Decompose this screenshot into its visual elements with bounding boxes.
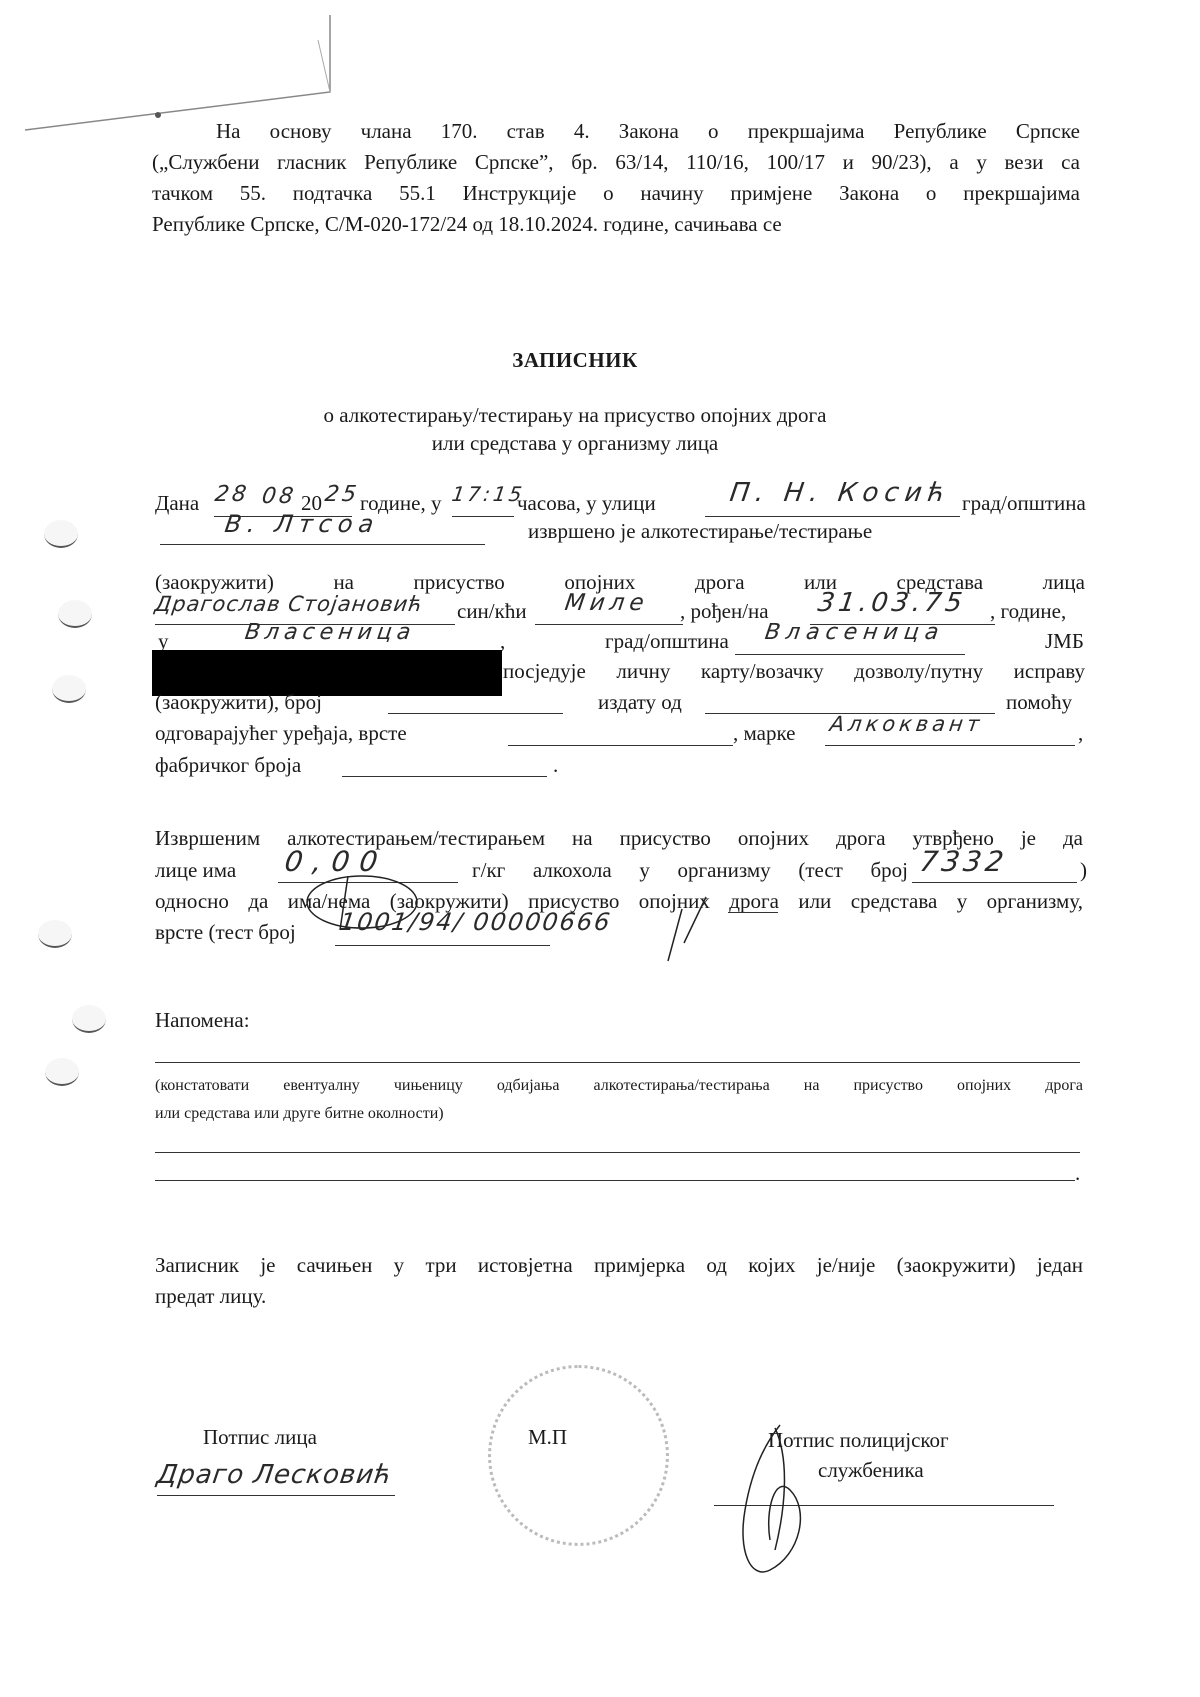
word: дрога bbox=[695, 567, 745, 598]
date-day-value[interactable]: 28 bbox=[213, 482, 251, 507]
street-value[interactable]: П. Н. Косић bbox=[728, 478, 953, 508]
punch-hole bbox=[38, 920, 72, 948]
date-year-value[interactable]: 25 bbox=[323, 482, 361, 507]
subtitle-line: о алкотестирању/тестирању на присуство о… bbox=[0, 400, 1150, 431]
casova-label: часова, у улици bbox=[517, 488, 656, 519]
preamble-line: Републике Српске, С/М-020-172/24 од 18.1… bbox=[152, 209, 782, 240]
closing-line: Записник је сачињен у три истовјетна при… bbox=[155, 1250, 1083, 1281]
preamble-line: („Службени гласник Републике Српске”, бр… bbox=[152, 147, 1080, 178]
godine-label: , године, bbox=[990, 596, 1066, 627]
note-label: Напомена: bbox=[155, 1005, 250, 1036]
posjeduje-line: посједује личну карту/возачку дозволу/пу… bbox=[503, 656, 1085, 687]
note-hint: (констатовати евентуалну чињеницу одбија… bbox=[155, 1072, 1083, 1100]
pomocu-label: помоћу bbox=[1006, 687, 1072, 718]
page-title: ЗАПИСНИК bbox=[0, 345, 1150, 376]
vrste-test-broj-label: врсте (тест број bbox=[155, 917, 296, 948]
closing-line: предат лицу. bbox=[155, 1281, 266, 1312]
result-line-3: односно да има/нема (заокружити) присуст… bbox=[155, 886, 1083, 917]
lice-ima-label: лице има bbox=[155, 855, 236, 886]
person-signature[interactable]: Драго Лесковић bbox=[155, 1460, 394, 1490]
word: присуство bbox=[414, 567, 505, 598]
jmb-label: ЈМБ bbox=[1045, 626, 1084, 657]
time-value[interactable]: 17:15 bbox=[450, 482, 526, 506]
gkg-label: г/кг алкохола у организму (тест број bbox=[472, 855, 908, 886]
note-line[interactable] bbox=[155, 1062, 1080, 1063]
alcohol-test-number[interactable]: 7332 bbox=[918, 845, 1010, 878]
zaokruziti-broj-label: (заокружити), број bbox=[155, 687, 322, 718]
izvrseno-label: извршено је алкотестирање/тестирање bbox=[528, 516, 872, 547]
stamp-label: М.П bbox=[528, 1422, 567, 1453]
odgovarajuceg-label: одговарајућег уређаја, врсте bbox=[155, 718, 407, 749]
note-line[interactable] bbox=[155, 1180, 1075, 1181]
preamble-line: тачком 55. подтачка 55.1 Инструкције о н… bbox=[152, 178, 1080, 209]
note-hint: или средстава или друге битне околности) bbox=[155, 1100, 444, 1128]
punch-hole bbox=[52, 675, 86, 703]
officer-signature bbox=[730, 1420, 840, 1585]
paren-stroke bbox=[660, 905, 690, 965]
city-value[interactable]: В. Лтсоа bbox=[223, 510, 381, 538]
grad-opstina-label: град/општина bbox=[962, 488, 1086, 519]
preamble-line: На основу члана 170. став 4. Закона о пр… bbox=[216, 116, 1080, 147]
close-paren: ) bbox=[1080, 855, 1087, 886]
official-stamp bbox=[488, 1365, 669, 1546]
sin-kceri-label: син/кћи bbox=[457, 596, 527, 627]
rodjen-label: , рођен/на bbox=[680, 596, 769, 627]
grad-opstina-label-2: град/општина bbox=[605, 626, 729, 657]
izdatu-od-label: издату од bbox=[598, 687, 682, 718]
device-brand-value[interactable]: Алкоквант bbox=[828, 712, 985, 736]
parent-name-value[interactable]: Миле bbox=[563, 590, 650, 616]
marke-label: , марке bbox=[733, 718, 795, 749]
punch-hole bbox=[45, 1058, 79, 1086]
drug-test-number[interactable]: 1001/94/ 00000666 bbox=[338, 908, 614, 936]
note-line[interactable] bbox=[155, 1152, 1080, 1153]
punch-hole bbox=[72, 1005, 106, 1033]
date-month-value[interactable]: 08 bbox=[260, 484, 298, 509]
word: лица bbox=[1043, 567, 1085, 598]
municipality-value[interactable]: Власеница bbox=[763, 620, 946, 645]
person-name-value[interactable]: Драгослав Стојановић bbox=[153, 592, 424, 616]
subtitle-line: или средстава у организму лица bbox=[0, 428, 1150, 459]
dob-value[interactable]: 31.03.75 bbox=[816, 588, 968, 618]
fabrickog-broja-label: фабричког броја bbox=[155, 750, 301, 781]
date-label: Дана bbox=[155, 488, 199, 519]
punch-hole bbox=[44, 520, 78, 548]
birthplace-value[interactable]: Власеница bbox=[243, 620, 417, 645]
person-signature-label: Потпис лица bbox=[203, 1422, 317, 1453]
punch-hole bbox=[58, 600, 92, 628]
